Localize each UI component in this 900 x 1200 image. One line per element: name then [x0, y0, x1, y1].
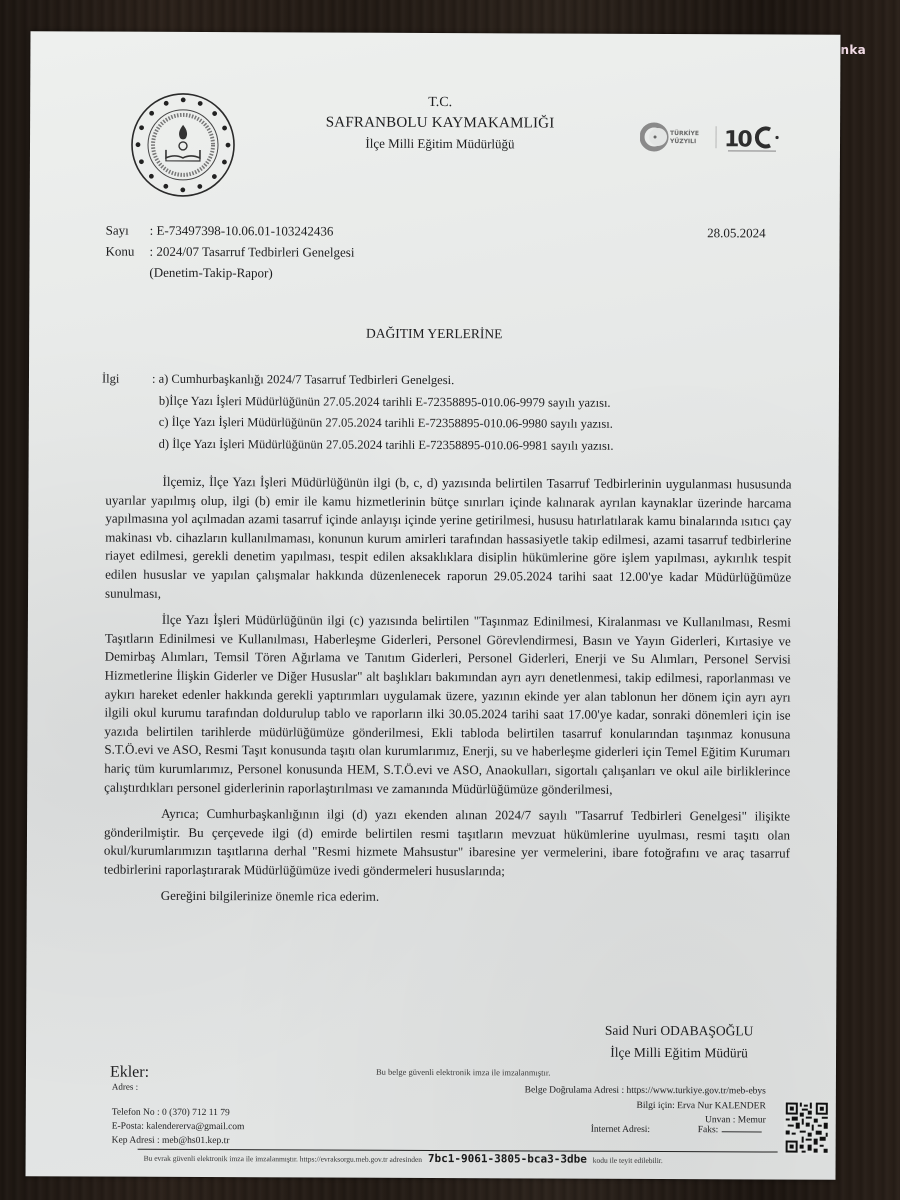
sayi-label: Sayı	[106, 220, 150, 241]
qr-code-icon	[784, 1101, 830, 1155]
svg-text:10: 10	[724, 127, 752, 152]
reference-list: İlgi : a) Cumhurbaşkanlığı 2024/7 Tasarr…	[102, 369, 792, 458]
body-paragraph: Ayrıca; Cumhurbaşkanlığının ilgi (d) yaz…	[104, 805, 790, 882]
header-tc: T.C.	[250, 92, 630, 114]
e-signature-note: Bu belge güvenli elektronik imza ile imz…	[376, 1067, 550, 1078]
konu-label: Konu	[105, 241, 149, 262]
svg-text:YÜZYILI: YÜZYILI	[669, 138, 696, 145]
document-page: T.C. SAFRANBOLU KAYMAKAMLIĞI İlçe Milli …	[26, 31, 841, 1180]
reference-item: d) İlçe Yazı İşleri Müdürlüğünün 27.05.2…	[102, 433, 792, 458]
address-label: Adres :	[112, 1082, 138, 1092]
document-date: 28.05.2024	[707, 222, 766, 243]
sayi-value: : E-73497398-10.06.01-103242436	[150, 220, 334, 242]
konu-value: : 2024/07 Tasarruf Tedbirleri Genelgesi	[149, 241, 354, 263]
contact-block: Telefon No : 0 (370) 712 11 79 E-Posta: …	[112, 1106, 245, 1149]
info-contact: Bilgi için: Erva Nur KALENDER	[525, 1098, 766, 1114]
turkiye-yuzyili-logo-icon: TÜRKİYE YÜZYILI 10	[640, 120, 790, 157]
recipient-heading: DAĞITIM YERLERİNE	[29, 324, 839, 344]
body-paragraph: İlçe Yazı İşleri Müdürlüğünün ilgi (c) y…	[104, 611, 791, 800]
document-meta: Sayı : E-73497398-10.06.01-103242436 Kon…	[105, 220, 785, 286]
verification-address: Belge Doğrulama Adresi : https://www.tur…	[525, 1083, 766, 1099]
email-address: E-Posta: kalendererva@gmail.com	[112, 1120, 245, 1135]
footer-suffix: kodu ile teyit edilebilir.	[593, 1156, 663, 1165]
reference-item: c) İlçe Yazı İşleri Müdürlüğünün 27.05.2…	[102, 412, 792, 437]
konu-subtitle: (Denetim-Takip-Rapor)	[105, 262, 785, 286]
signer-name: Said Nuri ODABAŞOĞLU	[564, 1020, 794, 1043]
document-body: İlçemiz, İlçe Yazı İşleri Müdürlüğünün i…	[104, 473, 792, 909]
kep-address: Kep Adresi : meb@hs01.kep.tr	[112, 1134, 245, 1149]
phone-number: Telefon No : 0 (370) 712 11 79	[112, 1106, 245, 1121]
footer-prefix: Bu evrak güvenli elektronik imza ile imz…	[144, 1154, 423, 1164]
svg-text:TÜRKİYE: TÜRKİYE	[670, 130, 699, 137]
attachments-label: Ekler:	[110, 1064, 149, 1082]
signer-title: İlçe Milli Eğitim Müdürü	[564, 1042, 794, 1065]
internet-address-label: İnternet Adresi:	[591, 1125, 650, 1135]
reference-item: b)İlçe Yazı İşleri Müdürlüğünün 27.05.20…	[102, 390, 792, 415]
fax-label: Faks:	[698, 1125, 719, 1135]
signature-block: Said Nuri ODABAŞOĞLU İlçe Milli Eğitim M…	[564, 1020, 794, 1065]
verification-code: 7bc1-9061-3805-bca3-3dbe	[428, 1152, 587, 1166]
verification-footer: Bu evrak güvenli elektronik imza ile imz…	[144, 1151, 794, 1167]
reference-item: : a) Cumhurbaşkanlığı 2024/7 Tasarruf Te…	[152, 369, 454, 392]
fax-field: Faks:	[698, 1125, 762, 1135]
header-authority: SAFRANBOLU KAYMAKAMLIĞI	[250, 112, 630, 135]
header-department: İlçe Milli Eğitim Müdürlüğü	[250, 133, 630, 155]
ilgi-label: İlgi	[102, 369, 152, 391]
verification-info: Belge Doğrulama Adresi : https://www.tur…	[524, 1083, 765, 1128]
document-header: T.C. SAFRANBOLU KAYMAKAMLIĞI İlçe Milli …	[250, 92, 630, 155]
meb-seal-icon	[130, 92, 236, 198]
closing-sentence: Gereğini bilgilerinize önemle rica ederi…	[104, 887, 790, 909]
body-paragraph: İlçemiz, İlçe Yazı İşleri Müdürlüğünün i…	[105, 473, 792, 606]
